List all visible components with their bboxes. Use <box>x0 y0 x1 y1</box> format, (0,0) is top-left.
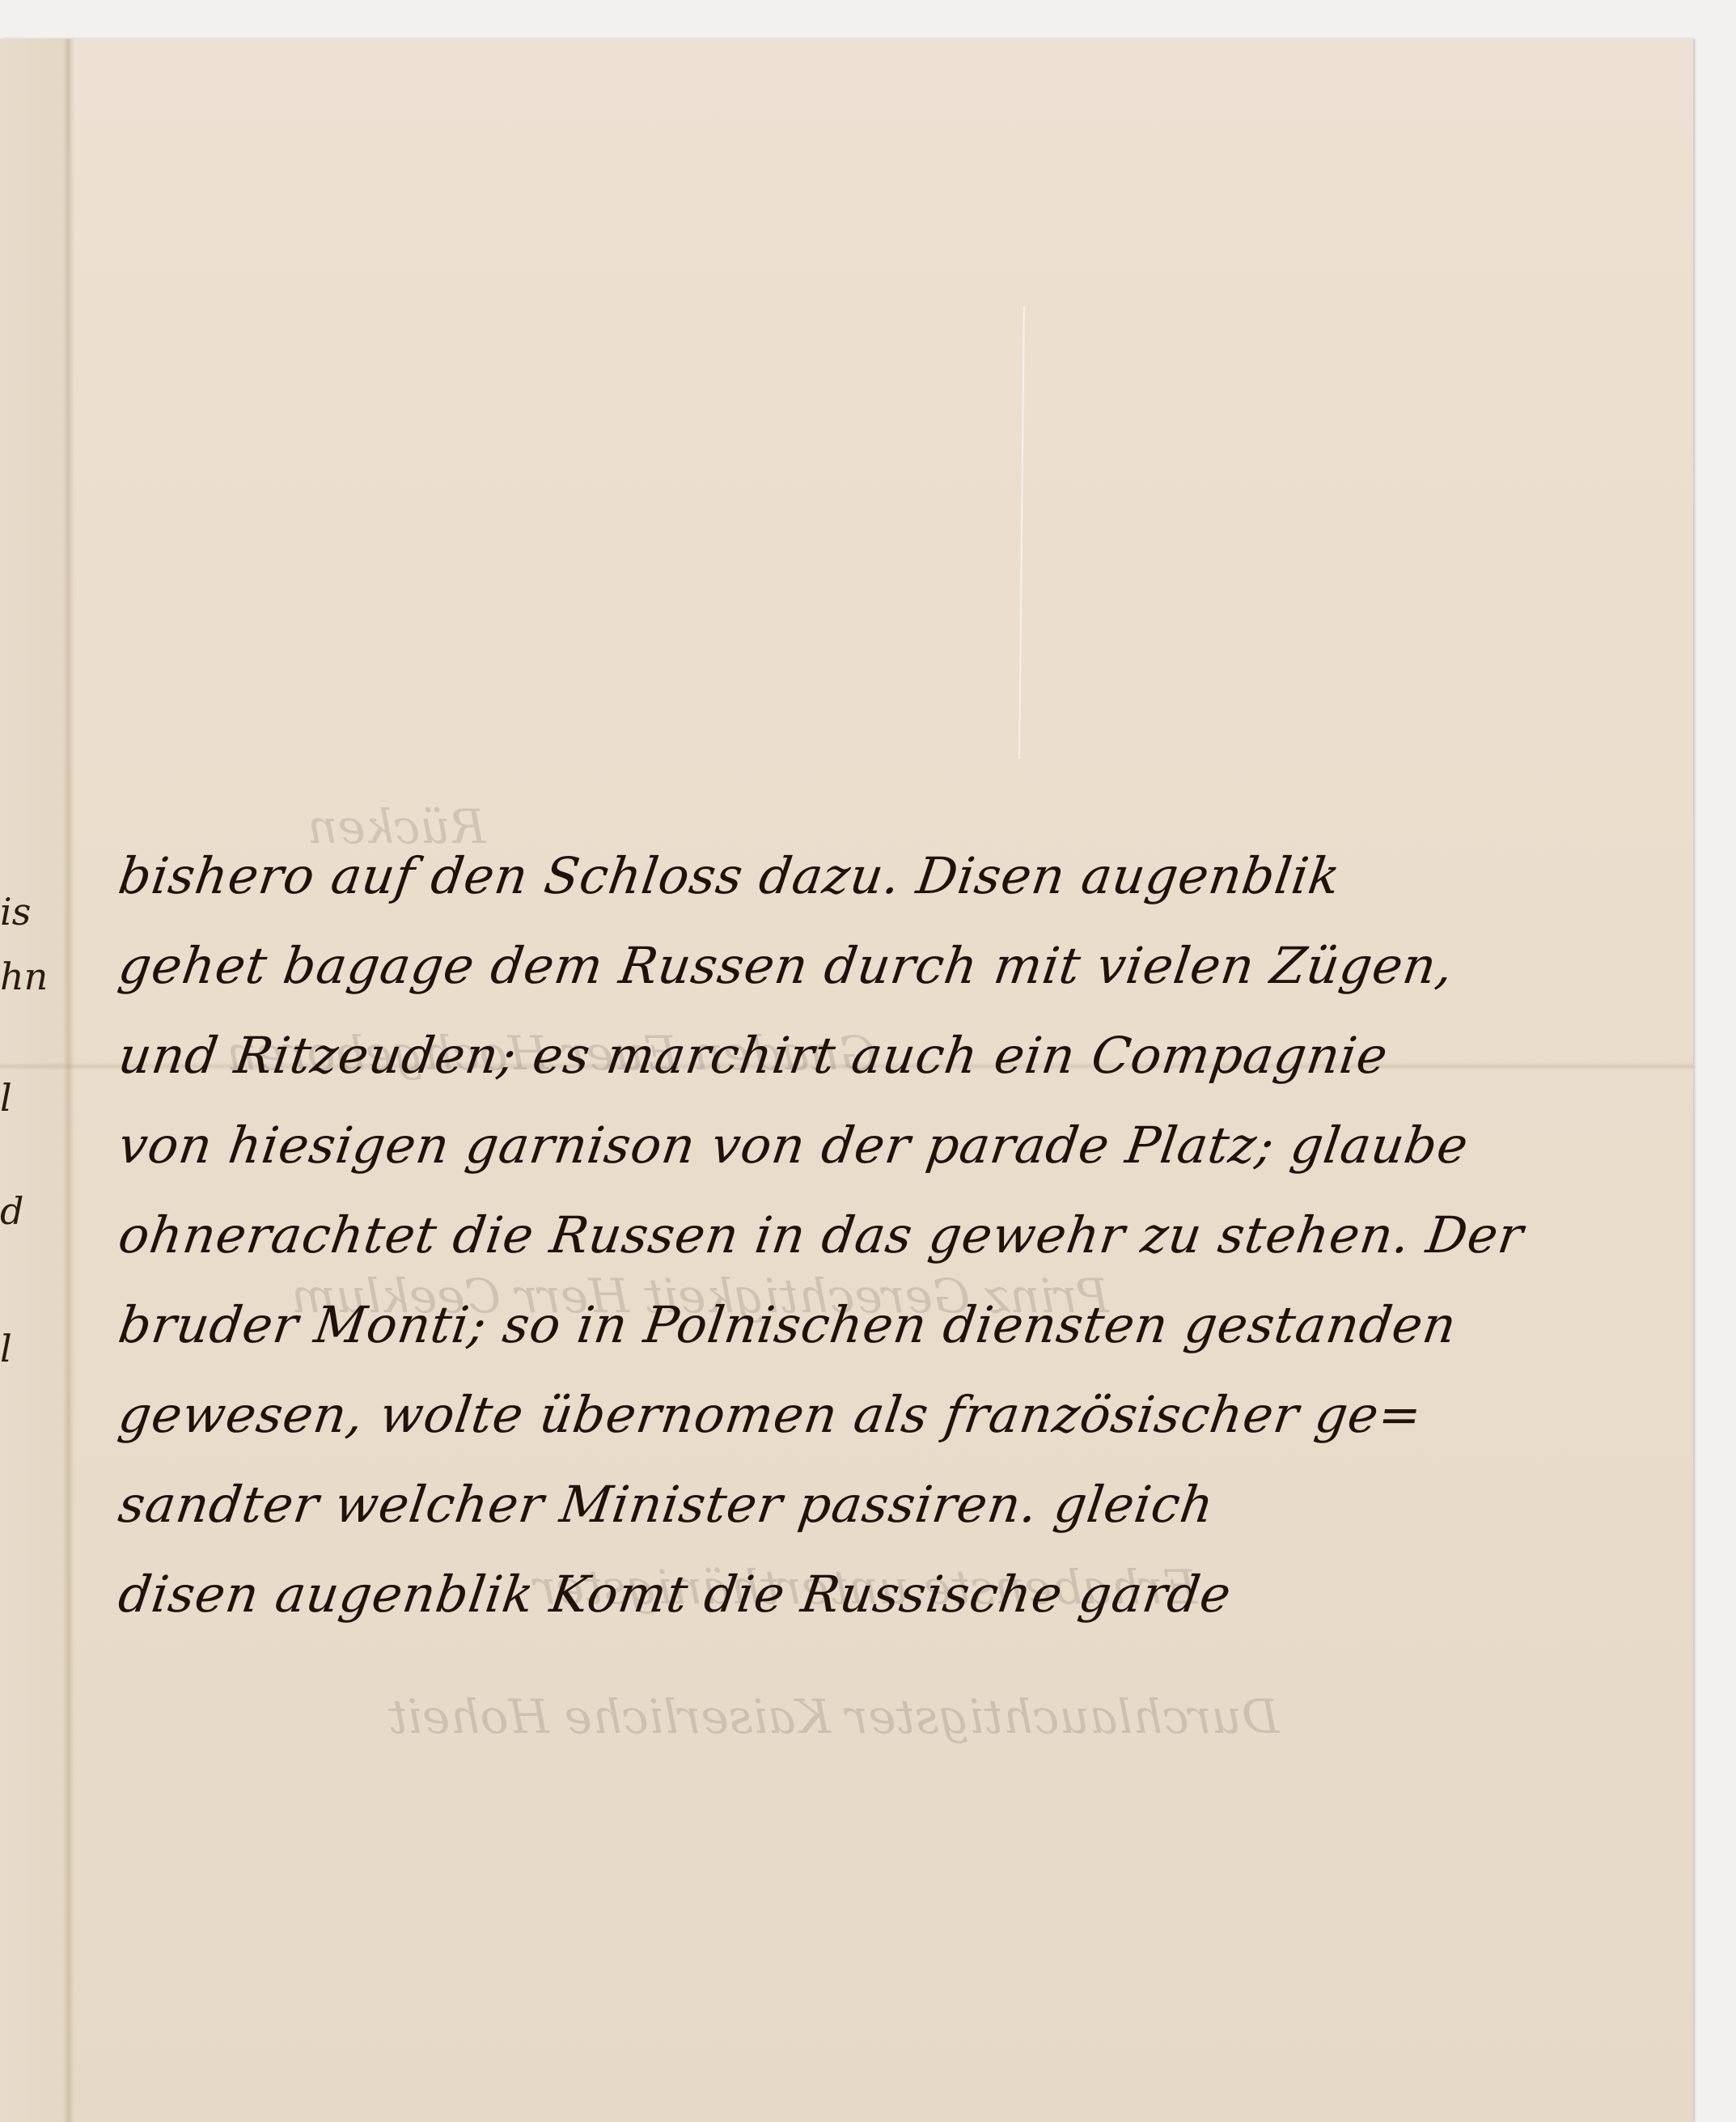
fragment-text: hn <box>0 955 48 998</box>
text-line: gewesen, wolte übernomen als französisch… <box>115 1354 1681 1444</box>
fragment-text: is <box>0 890 31 934</box>
text-line: ohnerachtet die Russen in das gewehr zu … <box>115 1175 1681 1264</box>
previous-page-text-fragments: is hn l d l <box>0 39 65 2122</box>
fragment-text: d <box>0 1189 23 1233</box>
handwritten-text: bishero auf den Schloss dazu. Disen auge… <box>121 815 1675 1624</box>
text-line: sandter welcher Minister passiren. gleic… <box>115 1444 1681 1534</box>
fragment-text: l <box>0 1327 12 1370</box>
paper-crease <box>1018 306 1025 759</box>
text-line: von hiesigen garnison von der parade Pla… <box>115 1085 1681 1175</box>
vertical-fold <box>63 39 74 2122</box>
letter-page: is hn l d l Rücken Gnaden Euer Hochgebor… <box>0 39 1693 2122</box>
previous-page-edge: is hn l d l <box>0 39 69 2122</box>
show-through-line: Durchlauchtigster Kaiserliche Hoheit <box>388 1689 1279 1744</box>
text-line: und Ritzeuden; es marchirt auch ein Comp… <box>115 995 1681 1085</box>
fragment-text: l <box>0 1076 12 1120</box>
text-line: bruder Monti; so in Polnischen diensten … <box>115 1264 1681 1354</box>
text-line: disen augenblik Komt die Russische garde <box>115 1534 1681 1624</box>
text-line: bishero auf den Schloss dazu. Disen auge… <box>115 815 1681 905</box>
text-line: gehet bagage dem Russen durch mit vielen… <box>115 905 1681 995</box>
